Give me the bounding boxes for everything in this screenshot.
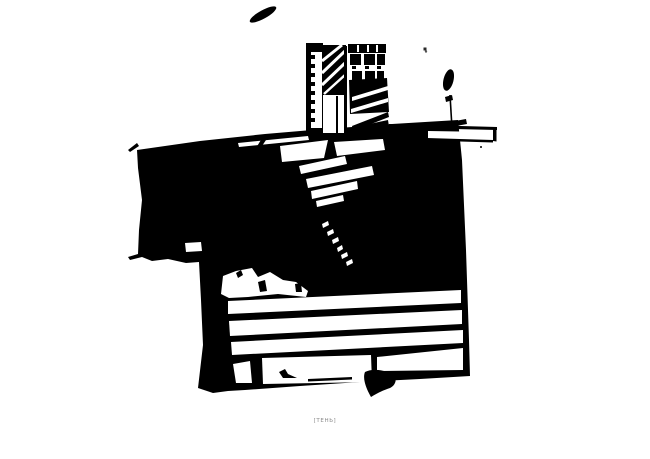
tower-slatted-column [348, 44, 390, 136]
ink-speck [424, 48, 428, 53]
left-mass-notch [185, 242, 202, 252]
ground-shadow-blob [364, 370, 396, 397]
ink-drawing-canvas [0, 0, 650, 459]
building-shadow-mass [128, 120, 470, 393]
page: [ТЕНЬ] [0, 0, 650, 459]
artwork-caption: [ТЕНЬ] [0, 418, 650, 424]
tower-left-column [306, 43, 323, 135]
ledge-nub [455, 119, 467, 126]
tower-hatched-column [322, 45, 347, 135]
door-panel [262, 355, 372, 384]
sprout-on-roof [441, 68, 456, 128]
flying-bird-mark [248, 4, 278, 26]
ink-drawing-artwork: [ТЕНЬ] [0, 0, 650, 459]
tower-structure [306, 43, 390, 136]
